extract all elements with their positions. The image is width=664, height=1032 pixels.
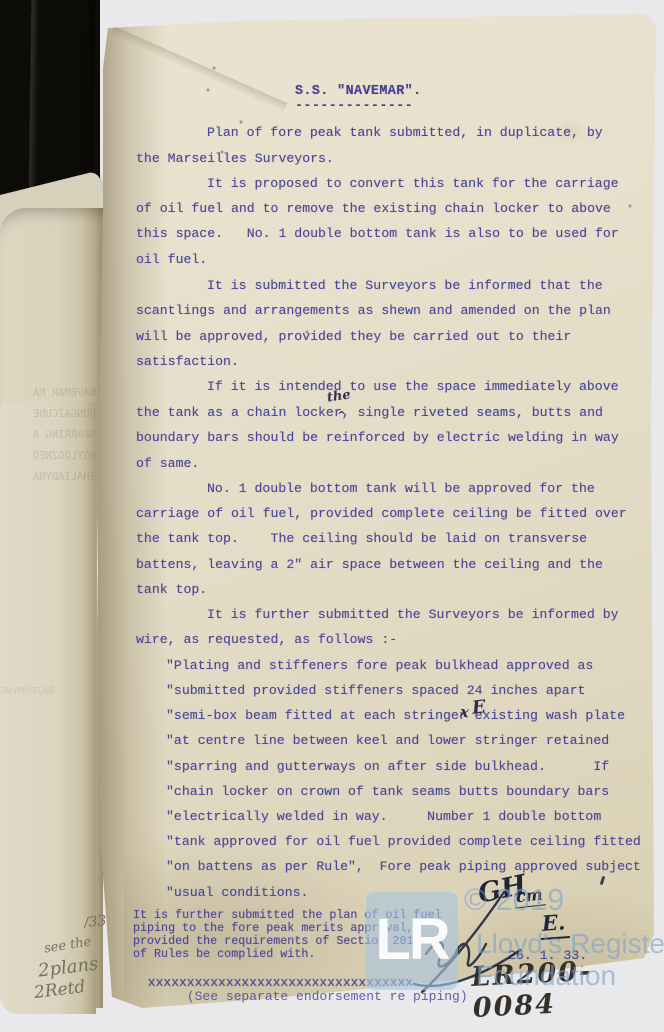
ink-bleedthrough-line: SPARRING A [10, 425, 96, 446]
ink-bleedthrough-block: NAVEMAR MADUNGAICUNESPARRING ABGYLOOZNEO… [10, 383, 96, 488]
scanned-document-photo: NAVEMAR MADUNGAICUNESPARRING ABGYLOOZNEO… [0, 0, 664, 1032]
watermark-org-name: Foundation [476, 960, 616, 992]
handwritten-strike-mark: x [459, 703, 470, 722]
ink-bleedthrough-line: DUNGAICUNE [10, 404, 96, 425]
pin-hole [212, 66, 216, 70]
pin-hole [220, 150, 224, 154]
pin-hole [628, 204, 632, 208]
ink-bleedthrough-word: BAZPOMYNG [0, 686, 54, 697]
pin-hole [239, 120, 243, 124]
lr-logo-letters: LR [375, 906, 448, 973]
watermark-copyright: © 2019 [464, 882, 564, 918]
pin-hole [305, 330, 309, 334]
lloyds-register-logo-watermark: LR [366, 892, 458, 990]
paper-stain [554, 118, 588, 144]
document-page [84, 8, 660, 1014]
ink-bleedthrough-line: NAVEMAR MA [10, 383, 96, 404]
watermark-org-name: Lloyd's Register [476, 928, 664, 960]
ink-bleedthrough-line: SHALIADYNA [10, 467, 96, 488]
underlying-page [0, 402, 96, 1014]
pin-hole [206, 88, 210, 92]
pencil-margin-note: /33 [83, 913, 107, 931]
handwritten-correction-letter: E [471, 696, 487, 718]
insertion-caret: ^ [337, 409, 346, 422]
ink-bleedthrough-line: BGYLOOZNEO [10, 446, 96, 467]
